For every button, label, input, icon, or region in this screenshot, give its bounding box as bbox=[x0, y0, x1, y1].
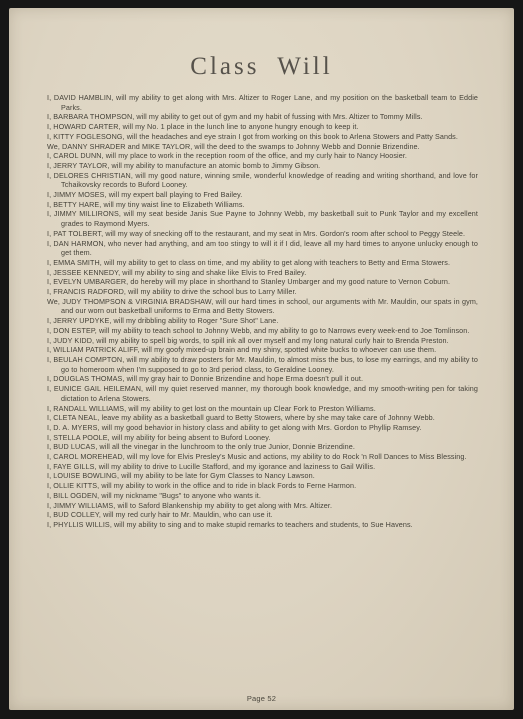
will-entry: I, PAT TOLBERT, will my way of snecking … bbox=[47, 229, 478, 239]
will-entry: I, DELORES CHRISTIAN, will my good natur… bbox=[47, 171, 478, 190]
will-entry: I, BETTY HARE, will my tiny waist line t… bbox=[47, 200, 478, 210]
will-entry: I, EUNICE GAIL HEILEMAN, will my quiet r… bbox=[47, 384, 478, 403]
will-entry: I, OLLIE KITTS, will my ability to work … bbox=[47, 481, 478, 491]
will-entry: We, DANNY SHRADER and MIKE TAYLOR, will … bbox=[47, 142, 478, 152]
will-entry: I, JIMMY MILLIRONS, will my seat beside … bbox=[47, 209, 478, 228]
will-entry: I, EVELYN UMBARGER, do hereby will my pl… bbox=[47, 277, 478, 287]
will-entry: I, FAYE GILLS, will my ability to drive … bbox=[47, 462, 478, 472]
will-entry: I, WILLIAM PATRICK ALIFF, will my goofy … bbox=[47, 345, 478, 355]
will-entry: I, CLETA NEAL, leave my ability as a bas… bbox=[47, 413, 478, 423]
will-entry: I, KITTY FOGLESONG, will the headaches a… bbox=[47, 132, 478, 142]
will-entry: I, EMMA SMITH, will my ability to get to… bbox=[47, 258, 478, 268]
will-entry: I, FRANCIS RADFORD, will my ability to d… bbox=[47, 287, 478, 297]
will-entry: I, LOUISE BOWLING, will my ability to be… bbox=[47, 471, 478, 481]
will-entry: I, JESSEE KENNEDY, will my ability to si… bbox=[47, 268, 478, 278]
will-entry: I, CAROL DUNN, will my place to work in … bbox=[47, 151, 478, 161]
will-entry: I, RANDALL WILLIAMS, will my ability to … bbox=[47, 404, 478, 414]
page-title: Class Will bbox=[9, 8, 514, 81]
yearbook-page: Class Will I, DAVID HAMBLIN, will my abi… bbox=[9, 8, 514, 710]
will-entry: I, CAROL MOREHEAD, will my love for Elvi… bbox=[47, 452, 478, 462]
will-entry: I, DAN HARMON, who never had anything, a… bbox=[47, 239, 478, 258]
will-entry: I, STELLA POOLE, will my ability for bei… bbox=[47, 433, 478, 443]
will-entry: We, JUDY THOMPSON & VIRGINIA BRADSHAW, w… bbox=[47, 297, 478, 316]
will-entry: I, JUDY KIDD, will my ability to spell b… bbox=[47, 336, 478, 346]
will-entry: I, BARBARA THOMPSON, will my ability to … bbox=[47, 112, 478, 122]
will-entry: I, D. A. MYERS, will my good behavior in… bbox=[47, 423, 478, 433]
will-entry: I, JERRY UPDYKE, will my dribbling abili… bbox=[47, 316, 478, 326]
will-entry: I, BEULAH COMPTON, will my ability to dr… bbox=[47, 355, 478, 374]
will-entry: I, BILL OGDEN, will my nickname "Bugs" t… bbox=[47, 491, 478, 501]
will-entry: I, JIMMY WILLIAMS, will to Saford Blanke… bbox=[47, 501, 478, 511]
will-entry: I, BUD LUCAS, will all the vinegar in th… bbox=[47, 442, 478, 452]
will-entry: I, PHYLLIS WILLIS, will my ability to si… bbox=[47, 520, 478, 530]
will-entry: I, HOWARD CARTER, will my No. 1 place in… bbox=[47, 122, 478, 132]
will-entry: I, BUD COLLEY, will my red curly hair to… bbox=[47, 510, 478, 520]
will-entry: I, DON ESTEP, will my ability to teach s… bbox=[47, 326, 478, 336]
will-entry: I, JERRY TAYLOR, will my ability to manu… bbox=[47, 161, 478, 171]
will-entry: I, JIMMY MOSES, will my expert ball play… bbox=[47, 190, 478, 200]
page-number: Page 52 bbox=[9, 694, 514, 703]
will-entry: I, DOUGLAS THOMAS, will my gray hair to … bbox=[47, 374, 478, 384]
will-entries: I, DAVID HAMBLIN, will my ability to get… bbox=[47, 93, 478, 530]
will-entry: I, DAVID HAMBLIN, will my ability to get… bbox=[47, 93, 478, 112]
